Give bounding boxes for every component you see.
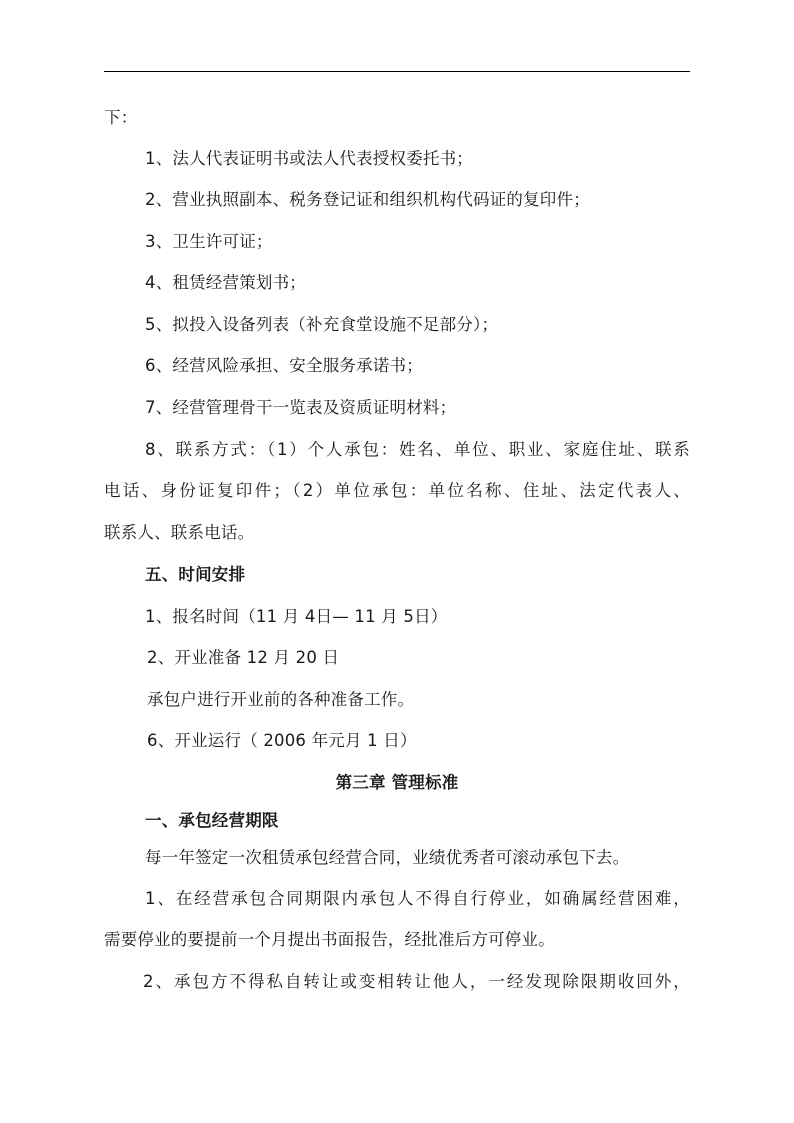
- schedule-item-preparation: 2、开业准备 12 月 20 日: [147, 647, 690, 669]
- contract-term-item-1-line1: 1、在经营承包合同期限内承包人不得自行停业，如确属经营困难，: [145, 888, 690, 910]
- requirement-item-7: 7、经营管理骨干一览表及资质证明材料；: [145, 397, 690, 419]
- requirement-item-5: 5、拟投入设备列表（补充食堂设施不足部分）；: [145, 314, 690, 336]
- requirement-item-8-line1: 8、联系方式：（1）个人承包：姓名、单位、职业、家庭住址、联系: [145, 439, 690, 461]
- requirement-item-1: 1、法人代表证明书或法人代表授权委托书；: [145, 148, 690, 170]
- continuation-text: 下：: [104, 107, 690, 129]
- chapter-title: 第三章 管理标准: [104, 772, 690, 794]
- document-page: 下： 1、法人代表证明书或法人代表授权委托书； 2、营业执照副本、税务登记证和组…: [0, 0, 794, 1123]
- section-heading-contract-term: 一、承包经营期限: [145, 810, 690, 832]
- schedule-item-registration: 1、报名时间（11 月 4日— 11 月 5日）: [145, 606, 690, 628]
- contract-term-paragraph: 每一年签定一次租赁承包经营合同，业绩优秀者可滚动承包下去。: [145, 847, 690, 869]
- section-heading-schedule: 五、时间安排: [145, 564, 690, 586]
- requirement-item-8-line2: 电话、身份证复印件；（2）单位承包：单位名称、住址、法定代表人、: [104, 480, 690, 502]
- requirement-item-6: 6、经营风险承担、安全服务承诺书；: [145, 355, 690, 377]
- requirement-item-3: 3、卫生许可证；: [145, 231, 690, 253]
- contract-term-item-1-line2: 需要停业的要提前一个月提出书面报告，经批准后方可停业。: [104, 929, 690, 951]
- requirement-item-4: 4、租赁经营策划书；: [145, 272, 690, 294]
- schedule-item-opening: 6、开业运行（ 2006 年元月 1 日）: [147, 730, 690, 752]
- requirement-item-2: 2、营业执照副本、税务登记证和组织机构代码证的复印件；: [145, 189, 690, 211]
- contract-term-item-2-line1: 2、承包方不得私自转让或变相转让他人，一经发现除限期收回外，: [143, 971, 690, 993]
- header-rule: [104, 71, 690, 72]
- requirement-item-8-line3: 联系人、联系电话。: [104, 522, 690, 544]
- schedule-item-preparation-note: 承包户进行开业前的各种准备工作。: [147, 689, 690, 711]
